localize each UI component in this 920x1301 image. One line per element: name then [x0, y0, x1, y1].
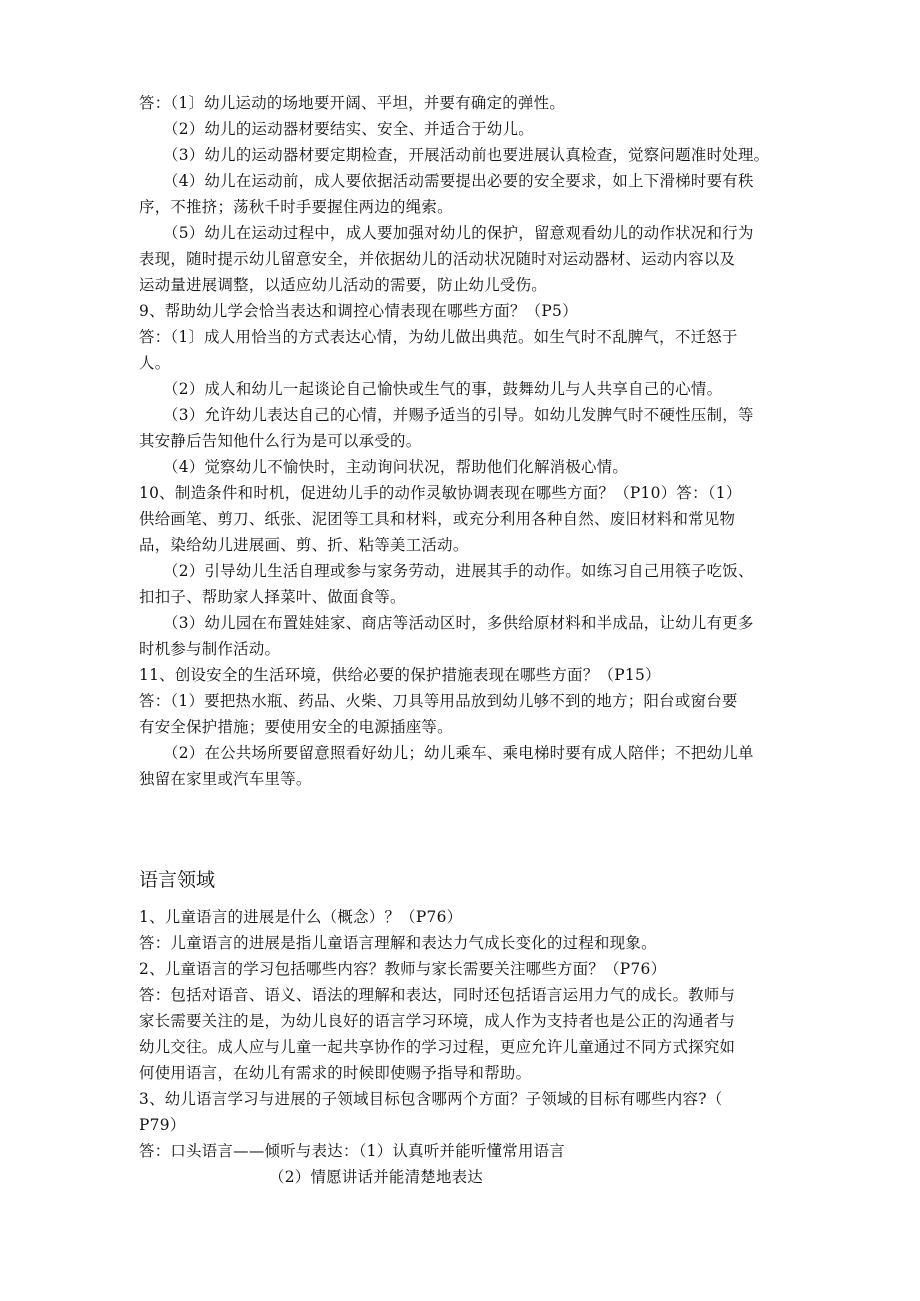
text-line: （5）幼儿在运动过程中，成人要加强对幼儿的保护，留意观看幼儿的动作状况和行为 [163, 223, 754, 243]
text-line: 扣扣子、帮助家人择菜叶、做面食等。 [139, 587, 406, 607]
text-line: 时机参与制作活动。 [139, 639, 280, 659]
text-line: （3）幼儿园在布置娃娃家、商店等活动区时，多供给原材料和半成品，让幼儿有更多 [163, 613, 754, 633]
text-line: 品，染给幼儿进展画、剪、折、粘等美工活动。 [139, 535, 469, 555]
text-line: 答：包括对语音、语义、语法的理解和表达，同时还包括语言运用力气的成长。教师与 [139, 985, 735, 1005]
text-line: 何使用语言，在幼儿有需求的时候即使赐予指导和帮助。 [139, 1063, 531, 1083]
text-line: 答：儿童语言的进展是指儿童语言理解和表达力气成长变化的过程和现象。 [139, 933, 657, 953]
text-line: P79） [139, 1115, 186, 1135]
text-line: 运动量进展调整，以适应幼儿活动的需要，防止幼儿受伤。 [139, 275, 547, 295]
text-line: 答：（1〕幼儿运动的场地要开阔、平坦，并要有确定的弹性。 [139, 93, 565, 113]
text-line: 答：（1）要把热水瓶、药品、火柴、刀具等用品放到幼儿够不到的地方；阳台或窗台要 [139, 691, 738, 711]
question-2: 2、儿童语言的学习包括哪些内容？教师与家长需要关注哪些方面？（P76） [139, 959, 666, 979]
text-line: 其安静后告知他什么行为是可以承受的。 [139, 431, 421, 451]
question-3: 3、幼儿语言学习与进展的子领域目标包含哪两个方面？子领域的目标有哪些内容?（ [139, 1089, 723, 1109]
text-line: 幼儿交往。成人应与儿童一起共享协作的学习过程，更应允许儿童通过不同方式探究如 [139, 1037, 735, 1057]
text-line: 有安全保护措施；要使用安全的电源插座等。 [139, 717, 453, 737]
text-line: （2）引导幼儿生活自理或参与家务劳动，进展其手的动作。如练习自己用筷子吃饭、 [163, 561, 754, 581]
text-line: （4）幼儿在运动前，成人要依据活动需要提出必要的安全要求，如上下滑梯时要有秩 [163, 171, 754, 191]
question-10: 10、制造条件和时机，促进幼儿手的动作灵敏协调表现在哪些方面？（P10）答：（1… [139, 483, 742, 503]
question-1: 1、儿童语言的进展是什么（概念）？（P76） [139, 907, 462, 927]
text-line: （4）觉察幼儿不愉快时，主动询问状况，帮助他们化解消极心情。 [163, 457, 628, 477]
text-line: （2）成人和幼儿一起谈论自己愉快或生气的事，鼓舞幼儿与人共享自己的心情。 [163, 379, 722, 399]
text-line: 独留在家里或汽车里等。 [139, 769, 312, 789]
question-11: 11、创设安全的生活环境，供给必要的保护措施表现在哪些方面？（P15） [139, 665, 661, 685]
text-line: 答：（1〕成人用恰当的方式表达心情，为幼儿做出典范。如生气时不乱脾气，不迁怒于 [139, 327, 738, 347]
text-line: 供给画笔、剪刀、纸张、泥团等工具和材料，或充分利用各种自然、废旧材料和常见物 [139, 509, 735, 529]
text-line: （3）幼儿的运动器材要定期检查，开展活动前也要进展认真检查，觉察问题准时处理。 [163, 145, 769, 165]
text-line: 人。 [139, 353, 170, 373]
question-9: 9、帮助幼儿学会恰当表达和调控心情表现在哪些方面？（P5） [139, 301, 578, 321]
document-page: 答：（1〕幼儿运动的场地要开阔、平坦，并要有确定的弹性。 （2）幼儿的运动器材要… [0, 0, 920, 1301]
text-line: 表现，随时提示幼儿留意安全，并依据幼儿的活动状况随时对运动器材、运动内容以及 [139, 249, 735, 269]
text-line: 序，不推挤；荡秋千时手要握住两边的绳索。 [139, 197, 453, 217]
text-line: 家长需要关注的是，为幼儿良好的语言学习环境，成人作为支持者也是公正的沟通者与 [139, 1011, 735, 1031]
text-line: 答：口头语言——倾听与表达：（1）认真听并能听懂常用语言 [139, 1141, 565, 1161]
text-line: （2）情愿讲话并能清楚地表达 [269, 1167, 483, 1187]
section-heading: 语言领域 [139, 868, 215, 892]
text-line: （3）允许幼儿表达自己的心情，并赐予适当的引导。如幼儿发脾气时不硬性压制，等 [163, 405, 754, 425]
text-line: （2）在公共场所要留意照看好幼儿；幼儿乘车、乘电梯时要有成人陪伴；不把幼儿单 [163, 743, 754, 763]
text-line: （2）幼儿的运动器材要结实、安全、并适合于幼儿。 [163, 119, 534, 139]
